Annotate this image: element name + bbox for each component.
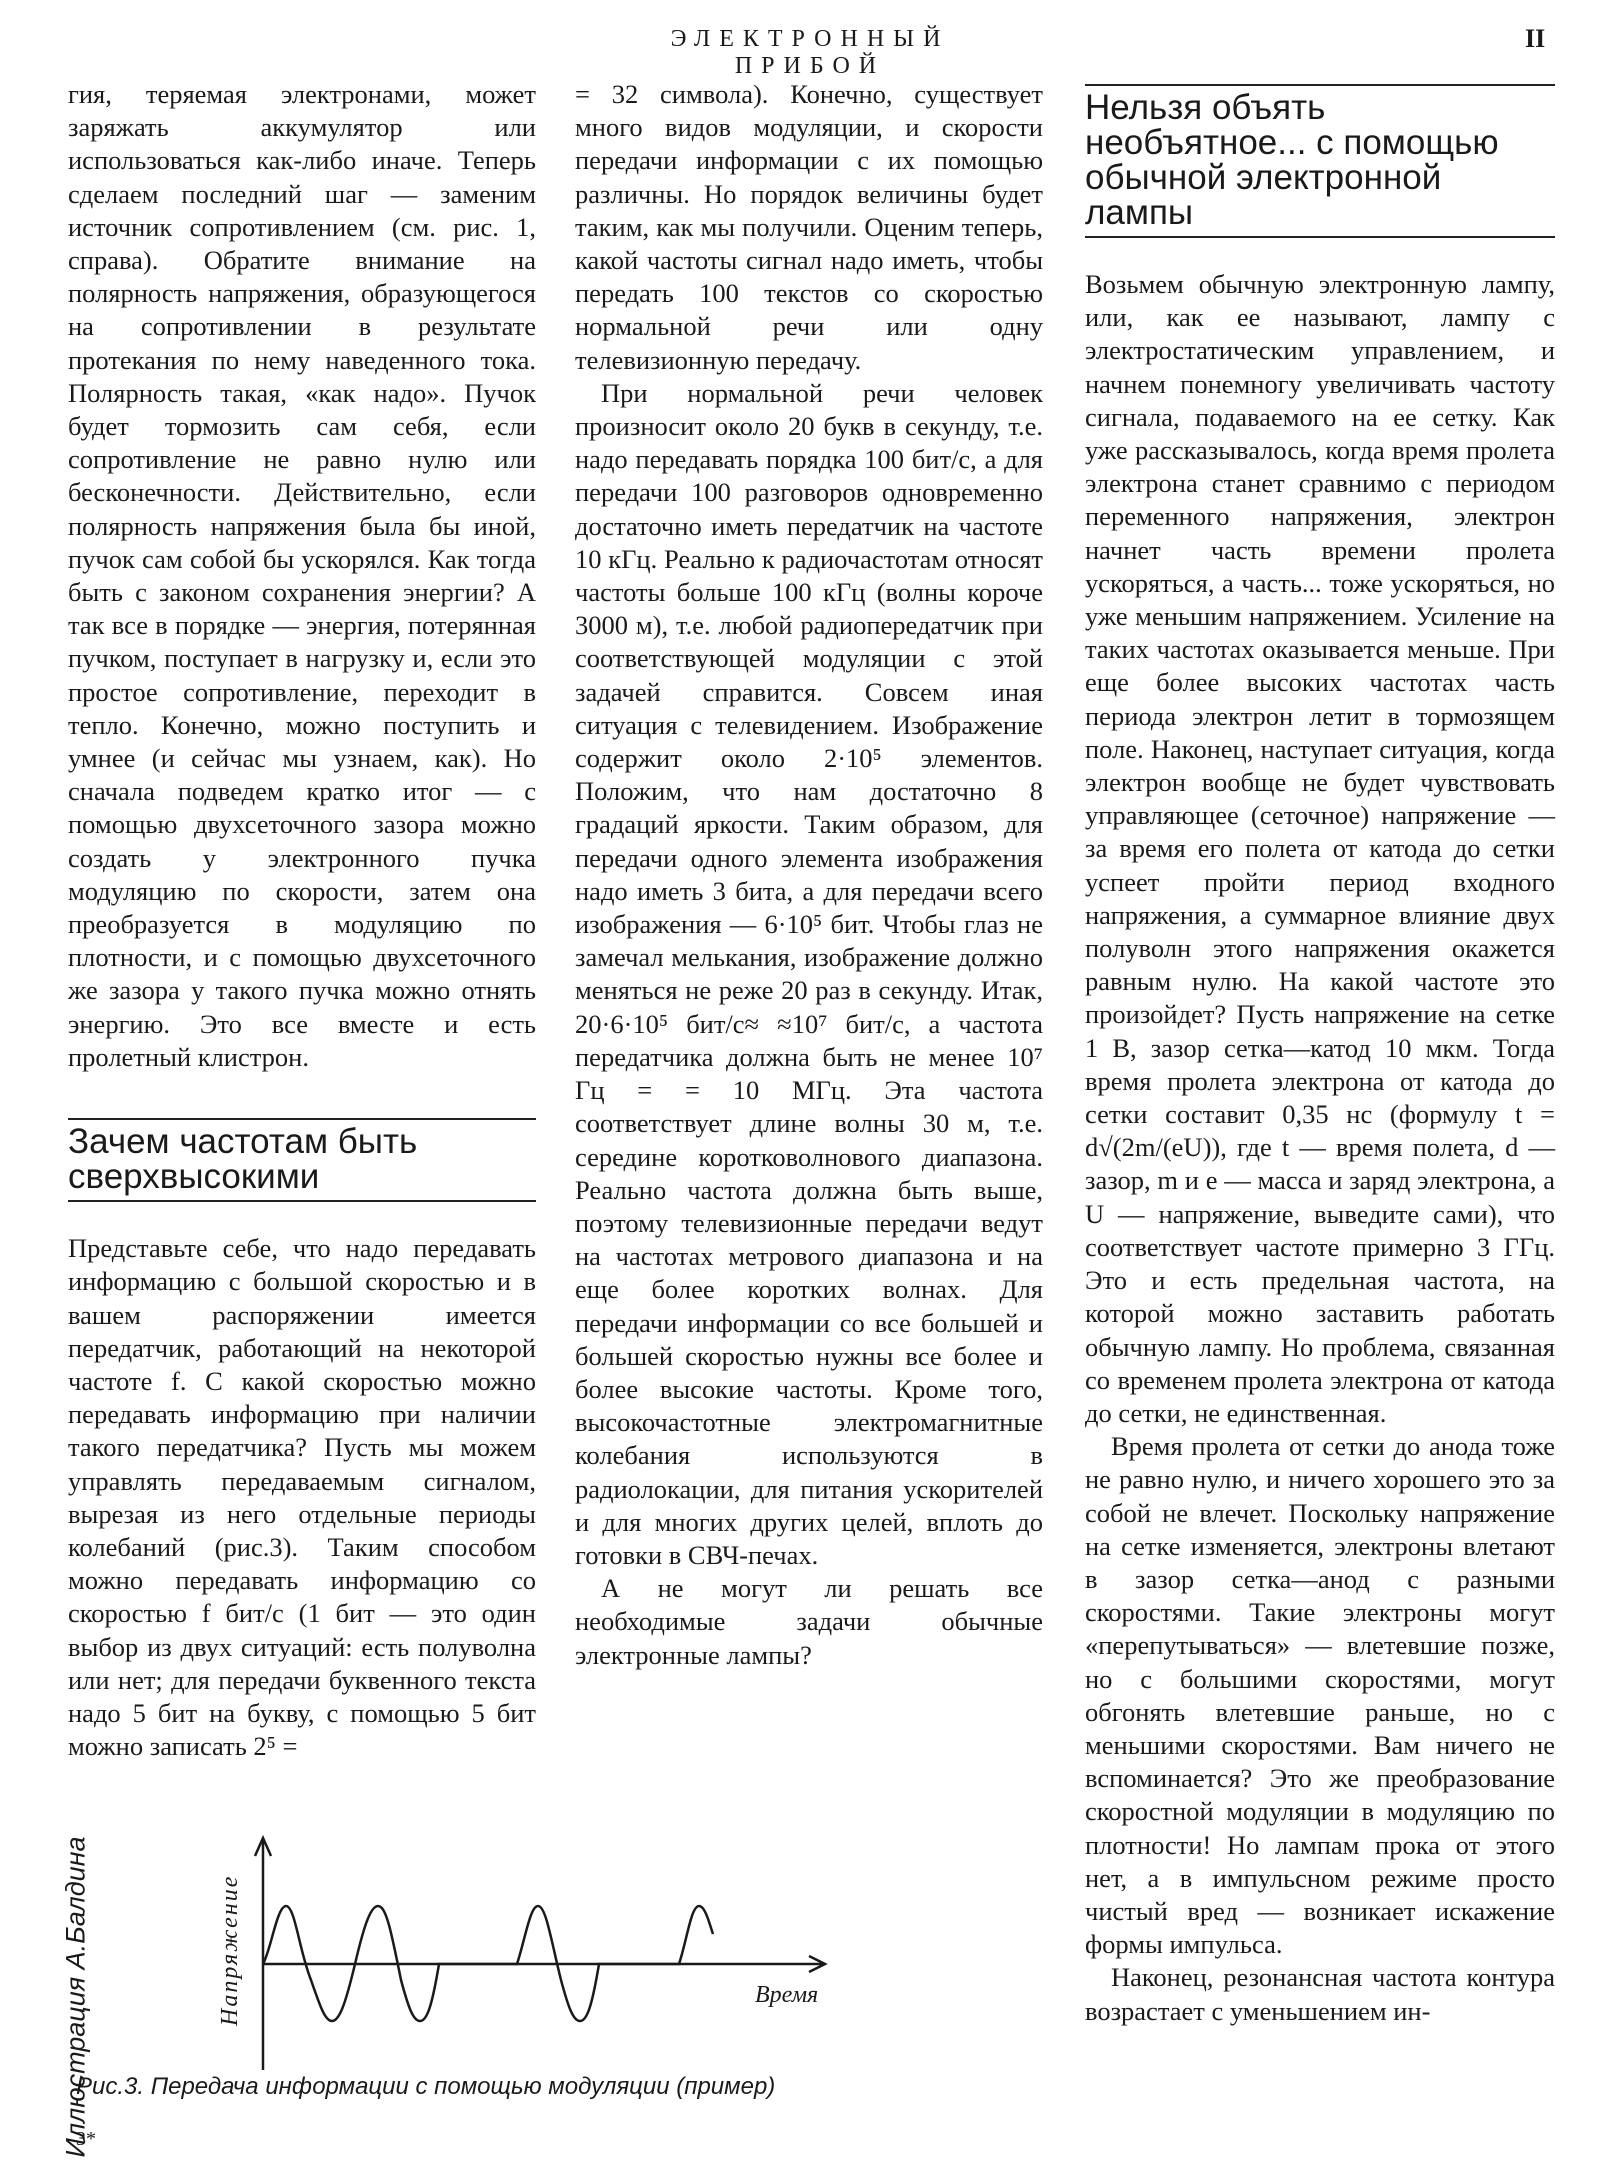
body-paragraph: Представьте себе, что надо передавать ин… [68, 1232, 536, 1763]
running-head: ЭЛЕКТРОННЫЙ ПРИБОЙ [590, 26, 1030, 80]
body-paragraph: Время пролета от сетки до анода тоже не … [1085, 1430, 1555, 1961]
figure-modulation-waveform: Напряжение Время [215, 1830, 855, 2070]
section-heading: Нельзя объять необъятное... с помощью об… [1085, 84, 1555, 238]
body-paragraph: А не могут ли решать все необходимые зад… [575, 1572, 1043, 1672]
left-column: гия, теряемая электронами, может заряжат… [68, 78, 536, 1763]
figure-caption: Рис.3. Передача информации с помощью мод… [76, 2073, 775, 2101]
waveform-graph [215, 1830, 855, 2070]
body-paragraph: гия, теряемая электронами, может заряжат… [68, 78, 536, 1074]
middle-column: = 32 символа). Конечно, существует много… [575, 78, 1043, 1672]
illustration-credit: Иллюстрация А.Балдина [61, 1838, 92, 2158]
body-paragraph: Наконец, резонансная частота контура воз… [1085, 1961, 1555, 2027]
body-paragraph: = 32 символа). Конечно, существует много… [575, 78, 1043, 377]
section-heading: Зачем частотам быть сверхвысокими [68, 1118, 536, 1202]
body-paragraph: При нормальной речи человек произносит о… [575, 377, 1043, 1572]
y-axis-label: Напряжение [217, 1875, 244, 2026]
page-number: II [1525, 24, 1545, 54]
x-axis-label: Время [755, 1982, 818, 2009]
signature-mark: 3* [76, 2128, 96, 2151]
body-paragraph: Возьмем обычную электронную лампу, или, … [1085, 268, 1555, 1430]
right-column: Нельзя объять необъятное... с помощью об… [1085, 78, 1555, 2028]
